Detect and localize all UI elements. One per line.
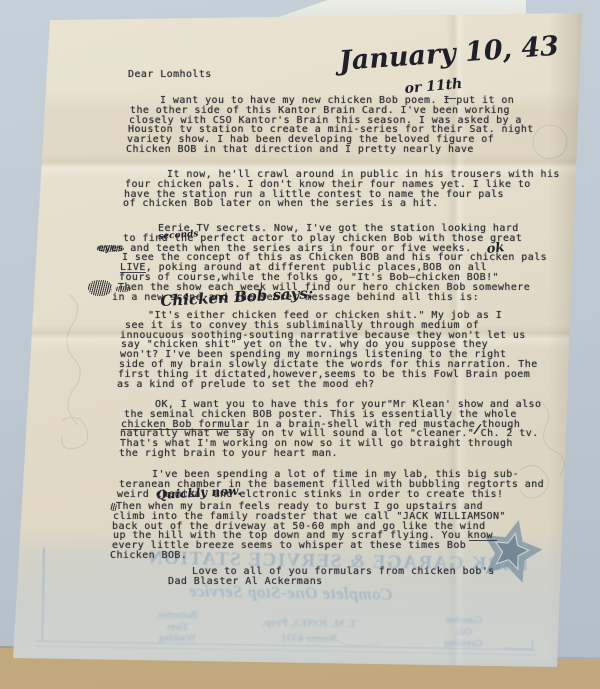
- ink-mark-scribble: [96, 245, 124, 252]
- ink-mark-line: [121, 429, 249, 430]
- typed-line: Chicken BOB.: [110, 551, 187, 561]
- typed-line: Dear Lomholts: [128, 70, 212, 80]
- paper-sheet: PARK GARAGE & SERVICE STATION Complete O…: [0, 0, 600, 689]
- typed-line: as a kind of prelude to set the mood eh?: [117, 380, 375, 390]
- letter-photo: PARK GARAGE & SERVICE STATION Complete O…: [0, 0, 600, 689]
- handwritten-annotation: ok: [486, 240, 505, 257]
- ink-mark-scribble: [88, 280, 112, 296]
- ink-mark-line: [469, 540, 497, 541]
- ink-mark-line: [120, 272, 146, 273]
- typed-line: Chicken BOB in that direction and I pret…: [126, 145, 474, 155]
- ink-mark-scribble: [110, 503, 117, 511]
- typed-line: the right brain to your heart man.: [119, 449, 338, 459]
- ink-mark-line: [445, 98, 456, 99]
- typed-line: of chicken Bob later on when the series …: [123, 199, 439, 209]
- ink-mark-scribble: [115, 286, 131, 292]
- typed-line: Dad Blaster Al Ackermans: [168, 577, 323, 587]
